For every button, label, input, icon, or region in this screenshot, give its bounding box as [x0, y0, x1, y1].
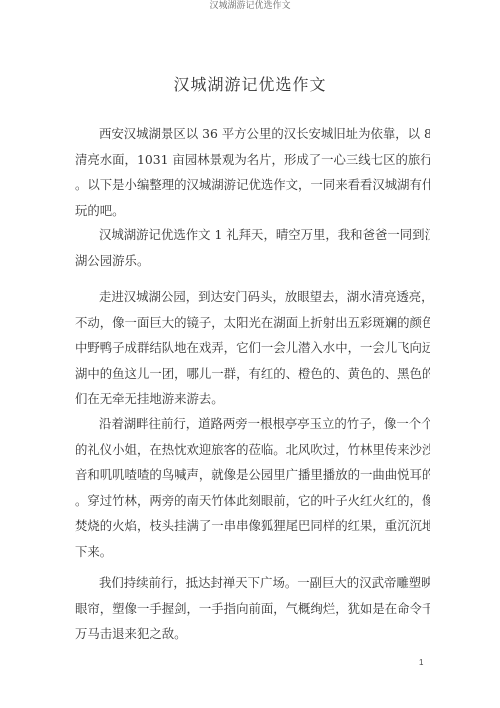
paragraph-3: 沿着湖畔往前行，道路两旁一根根亭亭玉立的竹子，像一个个漂亮 的礼仪小姐，在热忱欢…: [75, 411, 430, 564]
paragraph-line: 中野鸭子成群结队地在戏弄，它们一会儿潜入水中，一会儿飞向远方。: [75, 335, 430, 361]
paragraph-line: 我们持续前行，抵达封禅天下广场。一副巨大的汉武帝雕塑映入: [75, 570, 430, 596]
paragraph-1: 汉城湖游记优选作文 1 礼拜天，晴空万里，我和爸爸一同到汉城 湖公园游乐。: [75, 222, 430, 273]
paragraph-line: 。穿过竹林，两旁的南天竹体此刻眼前，它的叶子火红火红的，像大火: [75, 488, 430, 514]
paragraph-line: 湖公园游乐。: [75, 248, 430, 274]
paragraph-line: 万马击退来犯之敌。: [75, 621, 430, 647]
paragraph-2: 走进汉城湖公园，到达安门码头，放眼望去，湖水清亮透亮，岿然 不动，像一面巨大的镜…: [75, 284, 430, 412]
paragraph-line: 清亮水面，1031 亩园林景观为名片，形成了一心三线七区的旅行新格局: [75, 147, 430, 173]
page-number: 1: [419, 658, 423, 667]
paragraph-line: 玩的吧。: [75, 198, 430, 224]
paragraph-line: 。以下是小编整理的汉城湖游记优选作文，一同来看看汉城湖有什么好: [75, 172, 430, 198]
document-title: 汉城湖游记优选作文: [0, 72, 500, 95]
paragraph-4: 我们持续前行，抵达封禅天下广场。一副巨大的汉武帝雕塑映入 眼帘，塑像一手握剑，一…: [75, 570, 430, 647]
paragraph-line: 音和叽叽喳喳的鸟喊声，就像是公园里广播里播放的一曲曲悦耳的音乐: [75, 462, 430, 488]
paragraph-line: 焚烧的火焰，枝头挂满了一串串像狐狸尾巴同样的红果，重沉沉地垂了: [75, 513, 430, 539]
paragraph-line: 们在无牵无挂地游来游去。: [75, 386, 430, 412]
paragraph-line: 下来。: [75, 539, 430, 565]
paragraph-line: 走进汉城湖公园，到达安门码头，放眼望去，湖水清亮透亮，岿然: [75, 284, 430, 310]
paragraph-line: 沿着湖畔往前行，道路两旁一根根亭亭玉立的竹子，像一个个漂亮: [75, 411, 430, 437]
paragraph-line: 不动，像一面巨大的镜子，太阳光在湖面上折射出五彩斑斓的颜色，湖: [75, 310, 430, 336]
paragraph-line: 西安汉城湖景区以 36 平方公里的汉长安城旧址为依靠，以 850 亩: [75, 121, 430, 147]
paragraph-line: 湖中的鱼这儿一团，哪儿一群，有红的、橙色的、黄色的、黑色的，它: [75, 361, 430, 387]
paragraph-intro: 西安汉城湖景区以 36 平方公里的汉长安城旧址为依靠，以 850 亩 清亮水面，…: [75, 121, 430, 223]
paragraph-line: 的礼仪小姐，在热忱欢迎旅客的莅临。北风吹过，竹林里传来沙沙的声: [75, 437, 430, 463]
paragraph-line: 眼帘，塑像一手握剑，一手指向前面，气概绚烂，犹如是在命令千军: [75, 596, 430, 622]
paragraph-line: 汉城湖游记优选作文 1 礼拜天，晴空万里，我和爸爸一同到汉城: [75, 222, 430, 248]
running-header: 汉城湖游记优选作文: [0, 0, 500, 12]
